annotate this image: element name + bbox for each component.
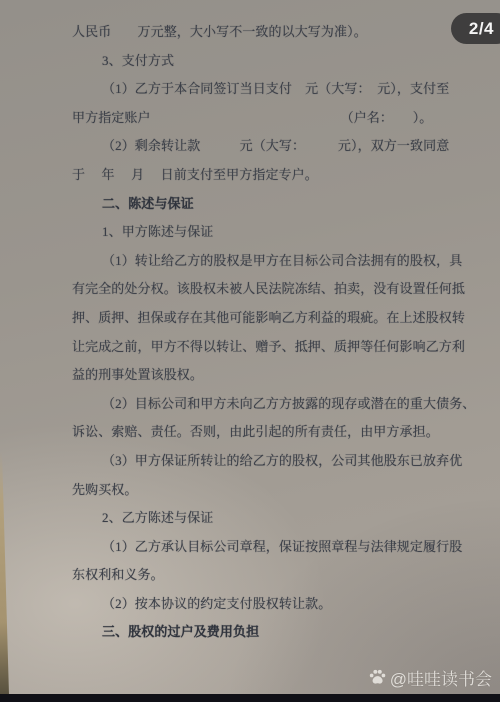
document-line: 东权利和义务。 xyxy=(72,561,476,590)
document-line: 3、支付方式 xyxy=(72,47,476,76)
bottom-letterbox-bar xyxy=(0,694,500,702)
document-line: 益的刑事处置该股权。 xyxy=(72,361,476,390)
document-body: 人民币 万元整，大小写不一致的以大写为准）。3、支付方式（1）乙方于本合同签订当… xyxy=(72,18,476,647)
document-line: 先购买权。 xyxy=(72,476,476,505)
document-line: （3）甲方保证所转让的给乙方的股权，公司其他股东已放弃优 xyxy=(72,447,476,476)
table-surface-edge xyxy=(0,452,10,695)
document-line: （2）目标公司和甲方未向乙方方披露的现存或潜在的重大债务、 xyxy=(72,390,476,419)
watermark: @哇哇读书会 xyxy=(368,665,492,690)
document-line: 三、股权的过户及费用负担 xyxy=(72,618,476,647)
document-photo[interactable]: 人民币 万元整，大小写不一致的以大写为准）。3、支付方式（1）乙方于本合同签订当… xyxy=(0,0,500,702)
document-line: 诉讼、索赔、责任。否则，由此引起的所有责任，由甲方承担。 xyxy=(72,418,476,447)
contract-document: 人民币 万元整，大小写不一致的以大写为准）。3、支付方式（1）乙方于本合同签订当… xyxy=(72,18,476,647)
document-line: 甲方指定账户 （户名： ）。 xyxy=(72,104,476,133)
document-line: 押、质押、担保或存在其他可能影响乙方利益的瑕疵。在上述股权转 xyxy=(72,304,476,333)
document-line: （1）乙方于本合同签订当日支付 元（大写： 元），支付至 xyxy=(72,75,476,104)
document-line: （1）转让给乙方的股权是甲方在目标公司合法拥有的股权，具 xyxy=(72,247,476,276)
document-line: 2、乙方陈述与保证 xyxy=(72,504,476,533)
document-line: 有完全的处分权。该股权未被人民法院冻结、拍卖，没有设置任何抵 xyxy=(72,275,476,304)
document-line: 人民币 万元整，大小写不一致的以大写为准）。 xyxy=(72,18,476,47)
document-line: 让完成之前，甲方不得以转让、赠予、抵押、质押等任何影响乙方利 xyxy=(72,333,476,362)
document-line: 二、陈述与保证 xyxy=(72,190,476,219)
watermark-text: @哇哇读书会 xyxy=(390,665,492,690)
paw-icon xyxy=(368,668,387,687)
page-indicator-badge: 2/4 xyxy=(451,13,500,44)
document-line: 于 年 月 日前支付至甲方指定专户。 xyxy=(72,161,476,190)
document-line: （2）剩余转让款 元（大写： 元），双方一致同意 xyxy=(72,132,476,161)
document-line: 1、甲方陈述与保证 xyxy=(72,218,476,247)
document-line: （1）乙方承认目标公司章程，保证按照章程与法律规定履行股 xyxy=(72,533,476,562)
document-line: （2）按本协议的约定支付股权转让款。 xyxy=(72,590,476,619)
